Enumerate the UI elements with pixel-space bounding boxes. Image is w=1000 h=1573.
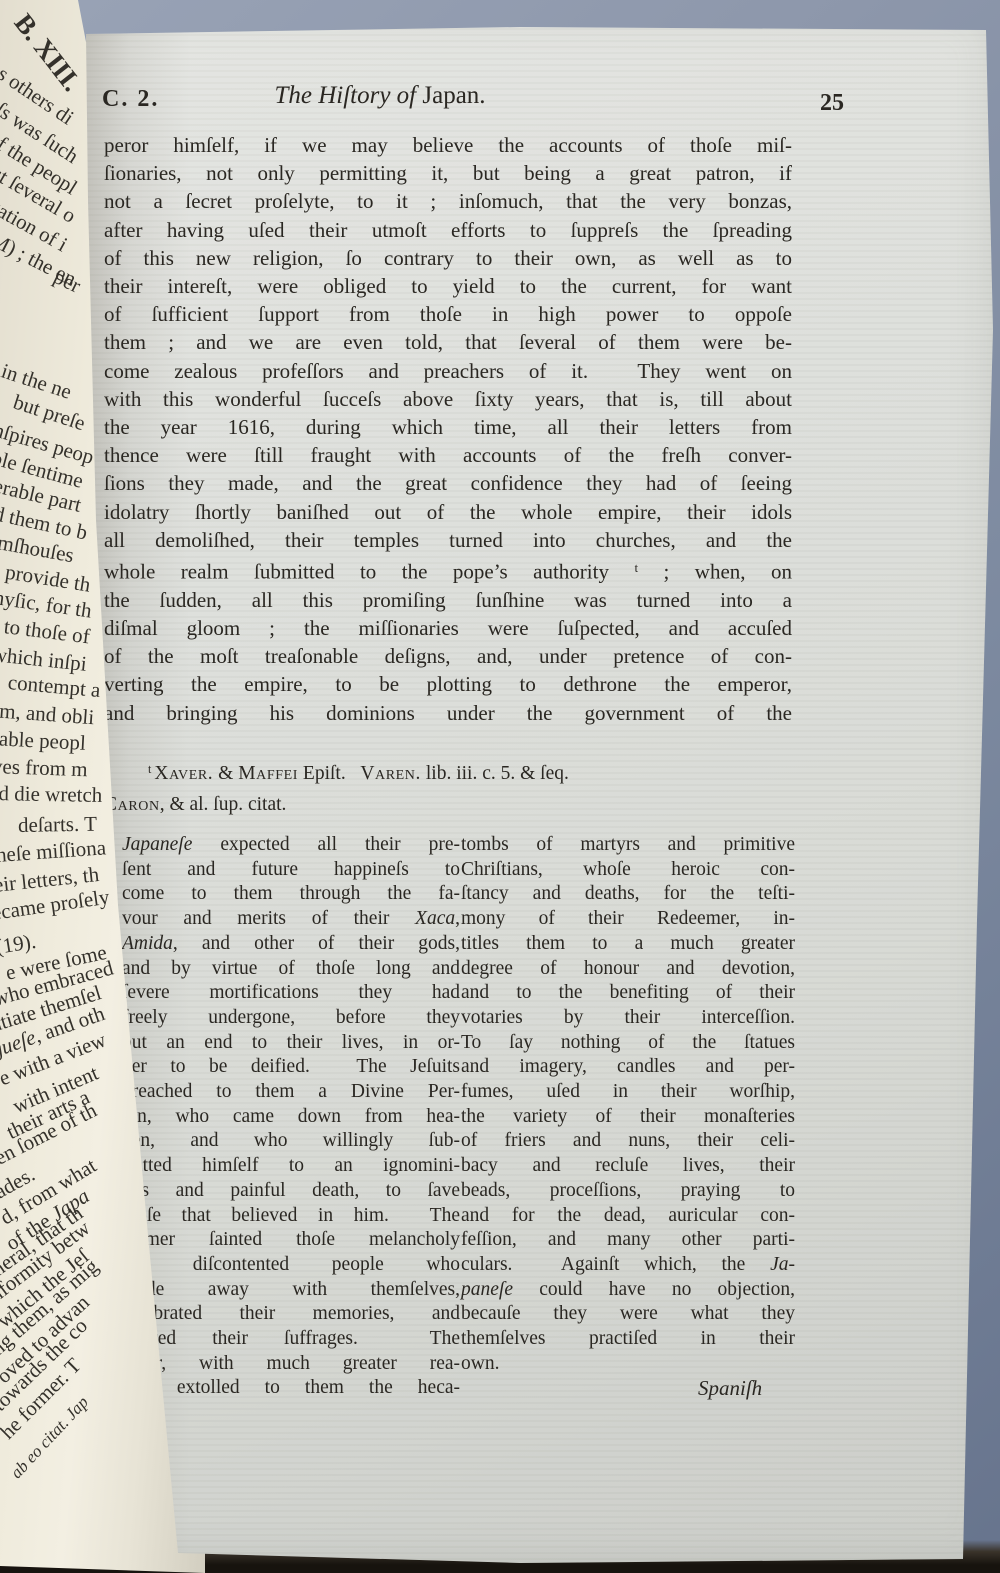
note-line: latter, with much greater rea-: [122, 1352, 460, 1377]
body-paragraph: peror himſelf, if we may believe the acc…: [104, 131, 792, 727]
note-line: themſelves practiſed in their: [461, 1327, 795, 1352]
note-line: ous and painful death, to ſave: [122, 1179, 460, 1204]
note-column-right: tombs of martyrs and primitiveChriſtians…: [461, 833, 795, 1376]
body-line: after having uſed their utmoſt efforts t…: [104, 216, 792, 244]
note-line: Japaneſe expected all their pre-: [122, 833, 460, 858]
body-line: with this wonderful ſucceſs above ſixty …: [104, 385, 792, 413]
note-line: ven, and who willingly ſub-: [122, 1129, 460, 1154]
note-line: and imagery, candles and per-: [461, 1055, 795, 1080]
note-line: ſent and future happineſs to: [122, 858, 460, 883]
left-page-fragment: nd die wretch: [0, 781, 102, 808]
body-line: all demoliſhed, their temples turned int…: [104, 526, 792, 554]
body-line: of this new religion, ſo contrary to the…: [104, 244, 792, 272]
note-line: Amida, and other of their gods,: [122, 932, 460, 957]
book-photo: B. XIII.as others dieſs was ſuchof the p…: [0, 0, 1000, 1573]
left-page-fragment: ves from m: [0, 754, 88, 782]
note-line: and diſcontented people who: [122, 1253, 460, 1278]
body-line: come zealous profeſſors and preachers of…: [104, 357, 792, 385]
note-line: former ſainted thoſe melancholy: [122, 1228, 460, 1253]
note-line: and to the benefiting of their: [461, 981, 795, 1006]
left-page-fragment: contempt a: [7, 670, 102, 703]
body-line: peror himſelf, if we may believe the acc…: [104, 131, 792, 159]
note-line: titles them to a much greater: [461, 932, 795, 957]
body-line: idolatry ſhortly baniſhed out of the who…: [104, 498, 792, 526]
note-line: vour and merits of their Xaca,: [122, 907, 460, 932]
note-line: votaries by their interceſſion.: [461, 1006, 795, 1031]
note-line: preached to them a Divine Per-: [122, 1080, 460, 1105]
note-line: To ſay nothing of the ſtatues: [461, 1031, 795, 1056]
note-line: culars. Againſt which, the Ja-: [461, 1253, 795, 1278]
note-line: degree of honour and devotion,: [461, 957, 795, 982]
page-title: The Hiſtory of Japan.: [240, 82, 520, 110]
note-line: deſired their ſuffrages. The: [122, 1327, 460, 1352]
footnote-line: Caron, & al. ſup. citat.: [104, 789, 792, 820]
note-line: ſon, who came down from hea-: [122, 1105, 460, 1130]
note-line: becauſe they were what they: [461, 1302, 795, 1327]
body-line: and bringing his dominions under the gov…: [104, 699, 792, 727]
note-line: made away with themſelves,: [122, 1278, 460, 1303]
note-line: celebrated their memories, and: [122, 1302, 460, 1327]
note-column-left: Japaneſe expected all their pre-ſent and…: [122, 833, 460, 1401]
footnote: t Xaver. & Maffei Epiſt. Varen. lib. iii…: [104, 754, 792, 820]
note-line: der to be deified. The Jeſuits: [122, 1055, 460, 1080]
body-line: them ; and we are even told, that ſevera…: [104, 328, 792, 356]
note-line: own.: [461, 1352, 795, 1377]
body-line: ſionaries, not only permitting it, but b…: [104, 159, 792, 187]
note-line: ſon, extolled to them the heca-: [122, 1376, 460, 1401]
footnote-line: t Xaver. & Maffei Epiſt. Varen. lib. iii…: [104, 754, 792, 789]
note-line: ſevere mortifications they had: [122, 981, 460, 1006]
body-line: their intereſt, were obliged to yield to…: [104, 272, 792, 300]
note-line: put an end to their lives, in or-: [122, 1031, 460, 1056]
body-line: the year 1616, during which time, all th…: [104, 413, 792, 441]
note-line: and for the dead, auricular con-: [461, 1204, 795, 1229]
body-line: of ſufficient ſupport from thoſe in high…: [104, 300, 792, 328]
note-line: freely undergone, before they: [122, 1006, 460, 1031]
note-line: thoſe that believed in him. The: [122, 1204, 460, 1229]
chapter-label: C. 2.: [102, 86, 159, 113]
page-number: 25: [820, 90, 844, 117]
note-line: ſtancy and deaths, for the teſti-: [461, 882, 795, 907]
body-line: of the moſt treaſonable deſigns, and, un…: [104, 642, 792, 670]
body-line: diſmal gloom ; the miſſionaries were ſuſ…: [104, 614, 792, 642]
catchword: Spaniſh: [698, 1376, 762, 1401]
note-line: tombs of martyrs and primitive: [461, 833, 795, 858]
note-line: come to them through the fa-: [122, 882, 460, 907]
note-line: paneſe could have no objection,: [461, 1278, 795, 1303]
body-line: verting the empire, to be plotting to de…: [104, 670, 792, 698]
note-line: bacy and recluſe lives, their: [461, 1154, 795, 1179]
body-line: ſions they made, and the great confidenc…: [104, 469, 792, 497]
left-page-fragment: rable peopl: [0, 726, 86, 756]
note-line: beads, proceſſions, praying to: [461, 1179, 795, 1204]
body-line: thence were ſtill fraught with accounts …: [104, 441, 792, 469]
note-line: mitted himſelf to an ignomini-: [122, 1154, 460, 1179]
note-line: and by virtue of thoſe long and: [122, 957, 460, 982]
note-line: Chriſtians, whoſe heroic con-: [461, 858, 795, 883]
note-line: feſſion, and many other parti-: [461, 1228, 795, 1253]
note-line: mony of their Redeemer, in-: [461, 907, 795, 932]
left-page-fragment: em, and obli: [0, 698, 95, 730]
body-line: not a ſecret proſelyte, to it ; inſomuch…: [104, 187, 792, 215]
left-page-fragment: deſarts. T: [18, 812, 97, 838]
note-line: the variety of their monaſteries: [461, 1105, 795, 1130]
body-line: the ſudden, all this promiſing ſunſhine …: [104, 586, 792, 614]
note-line: fumes, uſed in their worſhip,: [461, 1080, 795, 1105]
note-line: of friers and nuns, their celi-: [461, 1129, 795, 1154]
body-line: whole realm ſubmitted to the pope’s auth…: [104, 554, 792, 586]
